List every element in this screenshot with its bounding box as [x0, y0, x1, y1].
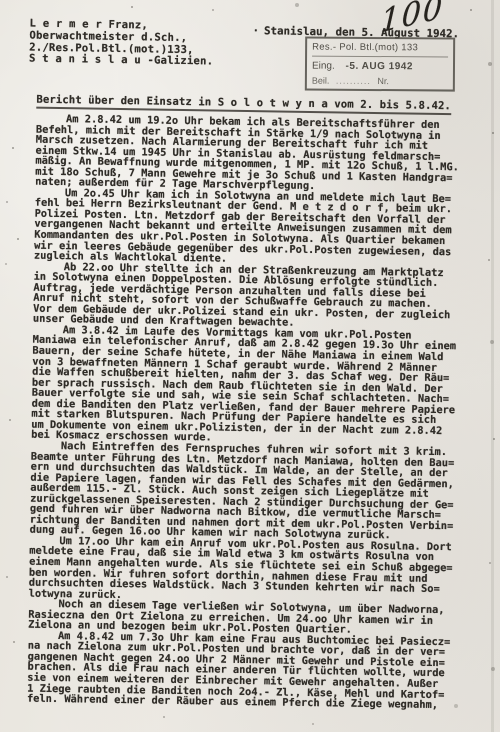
stamp-dotted-line: .......... [336, 76, 371, 86]
report-body: Am 2.8.42 um 19.2o Uhr bekam ich als Ber… [27, 114, 482, 712]
stamp-unit-line: Res.- Pol. Btl.(mot) 133 [312, 41, 448, 58]
stamp-received-row: Eing. -5. AUG 1942 [312, 57, 448, 73]
stamp-received-label: Eing. [312, 61, 335, 72]
sender-address-block: L e r m e r Franz, Oberwachtmeister d.Sc… [29, 19, 214, 69]
stamp-received-date: -5. AUG 1942 [346, 61, 413, 72]
report-title: Bericht über den Einsatz in S o l o t w … [36, 94, 451, 116]
stamp-nr-label: Nr. [377, 76, 389, 86]
scan-content: L e r m e r Franz, Oberwachtmeister d.Sc… [0, 0, 500, 732]
report-paragraph-3: Ab 22.oo Uhr stellte ich an der Straßenk… [33, 261, 480, 331]
report-paragraph-2: Um 2o.45 Uhr kam ich in Solotwyna an und… [34, 187, 481, 268]
report-paragraph-6: Um 17.oo Uhr kam ein Anruf vom ukr.Pol.P… [29, 535, 476, 605]
report-paragraph-5: Nach Eintreffen des Fernspruches fuhren … [30, 441, 477, 543]
report-paragraph-4: Am 3.8.42 im Laufe des Vormittags kam vo… [31, 325, 479, 448]
scanned-report-page: L e r m e r Franz, Oberwachtmeister d.Sc… [0, 0, 500, 732]
report-paragraph-1: Am 2.8.42 um 19.2o Uhr bekam ich als Ber… [35, 114, 482, 195]
report-paragraph-8: Am 4.8.42 um 7.3o Uhr kam eine Frau aus … [27, 630, 474, 711]
receipt-stamp: Res.- Pol. Btl.(mot) 133 Eing. -5. AUG 1… [305, 37, 455, 92]
stamp-enclosure-label: Beil. [312, 76, 330, 86]
stamp-enclosure-row: Beil. .......... Nr. [312, 72, 448, 87]
